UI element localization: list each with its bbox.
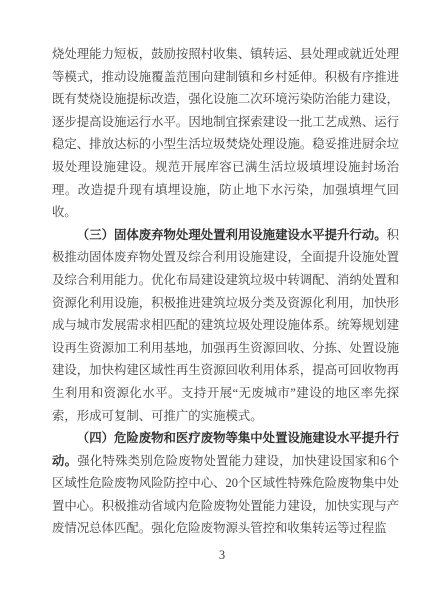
section-three-body: 积极推动固体废弃物处置及综合利用设施建设，全面提升设施处置及综合利用能力。优化布… [52, 228, 399, 423]
document-page: 烧处理能力短板，鼓励按照村收集、镇转运、县处理或就近处理等模式，推动设施覆盖范围… [0, 0, 444, 589]
paragraph-section-four: （四）危险废物和医疗废物等集中处置设施建设水平提升行动。强化特殊类别危险废物处置… [52, 427, 399, 540]
paragraph-continuation: 烧处理能力短板，鼓励按照村收集、镇转运、县处理或就近处理等模式，推动设施覆盖范围… [52, 43, 399, 224]
page-number: 3 [0, 547, 444, 563]
paragraph-continuation-text: 烧处理能力短板，鼓励按照村收集、镇转运、县处理或就近处理等模式，推动设施覆盖范围… [52, 47, 399, 219]
section-three-heading: （三）固体废弃物处理处置利用设施建设水平提升行动。 [77, 228, 387, 242]
paragraph-section-three: （三）固体废弃物处理处置利用设施建设水平提升行动。积极推动固体废弃物处置及综合利… [52, 224, 399, 427]
section-four-body: 强化特殊类别危险废物处置能力建设，加快建设国家和6个区域性危险废物风险防控中心、… [52, 454, 399, 536]
document-text: 烧处理能力短板，鼓励按照村收集、镇转运、县处理或就近处理等模式，推动设施覆盖范围… [52, 43, 399, 540]
